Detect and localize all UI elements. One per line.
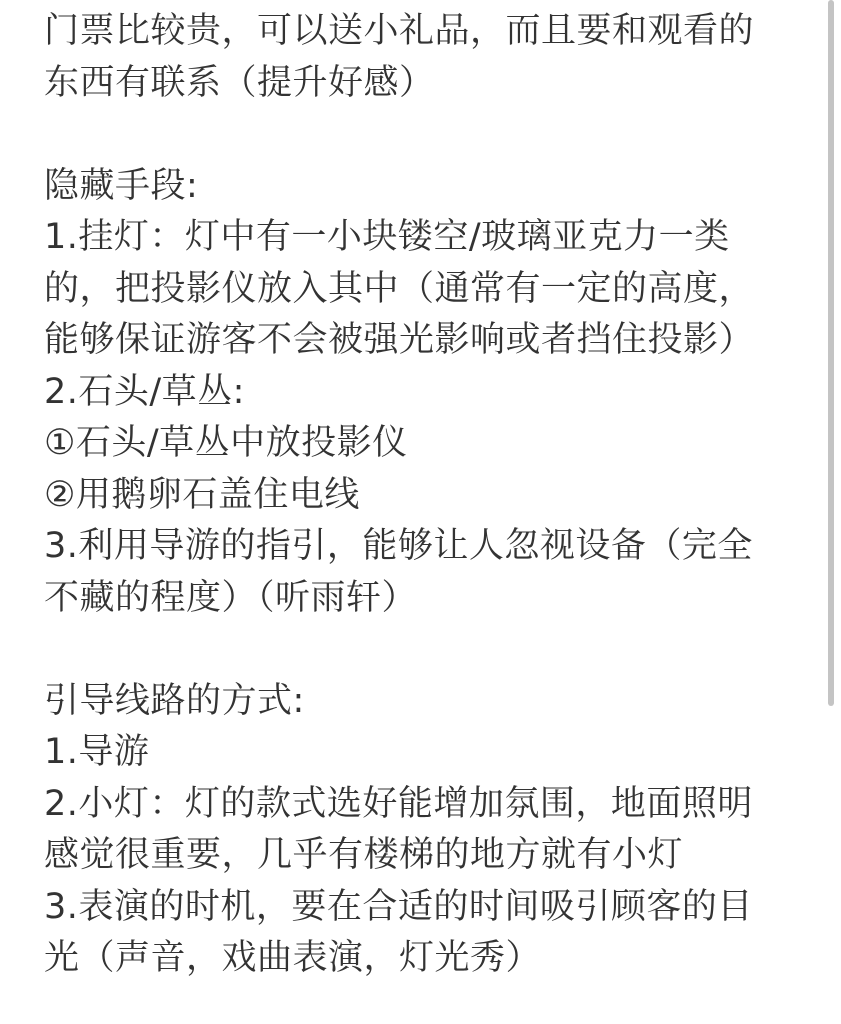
hiding-line-7: 3.利用导游的指引，能够让人忽视设备（完全	[44, 521, 824, 573]
guiding-line-1: 1.导游	[44, 727, 824, 779]
hiding-line-5: ①石头/草丛中放投影仪	[44, 418, 824, 470]
hiding-heading: 隐藏手段:	[44, 161, 824, 213]
blank-line	[44, 624, 824, 676]
guiding-heading: 引导线路的方式:	[44, 676, 824, 728]
guiding-line-4: 3.表演的时机，要在合适的时间吸引顾客的目	[44, 882, 824, 934]
note-body: 门票比较贵，可以送小礼品，而且要和观看的 东西有联系（提升好感） 隐藏手段: 1…	[44, 6, 824, 985]
hiding-line-3: 能够保证游客不会被强光影响或者挡住投影）	[44, 315, 824, 367]
hiding-line-4: 2.石头/草丛:	[44, 367, 824, 419]
hiding-line-8: 不藏的程度）（听雨轩）	[44, 573, 824, 625]
guiding-line-3: 感觉很重要，几乎有楼梯的地方就有小灯	[44, 830, 824, 882]
hiding-line-1: 1.挂灯：灯中有一小块镂空/玻璃亚克力一类	[44, 212, 824, 264]
guiding-line-5: 光（声音，戏曲表演，灯光秀）	[44, 933, 824, 985]
hiding-line-2: 的，把投影仪放入其中（通常有一定的高度，	[44, 264, 824, 316]
vertical-scrollbar[interactable]	[828, 0, 834, 706]
guiding-line-2: 2.小灯：灯的款式选好能增加氛围，地面照明	[44, 779, 824, 831]
hiding-line-6: ②用鹅卵石盖住电线	[44, 470, 824, 522]
blank-line	[44, 109, 824, 161]
intro-line-2: 东西有联系（提升好感）	[44, 58, 824, 110]
intro-line-1: 门票比较贵，可以送小礼品，而且要和观看的	[44, 6, 824, 58]
